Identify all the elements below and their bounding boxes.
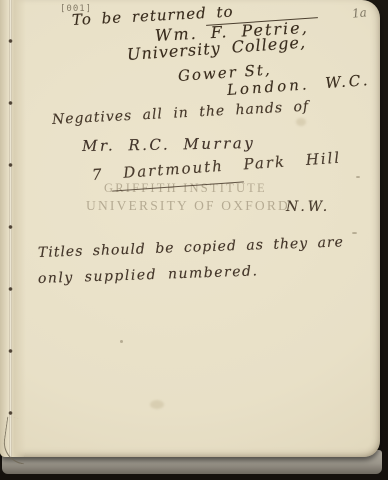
page-number: 1a — [351, 5, 367, 20]
notebook-page: [001] 1a GRIFFITH INSTITUTE UNIVERSITY O… — [0, 0, 380, 457]
paper-stain — [150, 400, 164, 409]
ink-speck — [352, 232, 357, 234]
paper-stain — [296, 118, 306, 126]
handwriting-holder-district: N.W. — [286, 199, 330, 215]
ink-speck — [120, 340, 123, 343]
handwriting-negatives-holder: Mr. R.C. Murray — [82, 134, 256, 155]
watermark-line-2: UNIVERSITY OF OXFORD — [86, 198, 290, 214]
ink-speck — [356, 176, 360, 178]
binding-shade — [0, 0, 26, 457]
handwriting-negatives-note: Negatives all in the hands of — [52, 99, 310, 128]
scanned-notebook-photo: [001] 1a GRIFFITH INSTITUTE UNIVERSITY O… — [0, 0, 388, 480]
handwriting-titles-note-line2: only supplied numbered. — [38, 263, 259, 287]
handwriting-titles-note-line1: Titles should be copied as they are — [38, 234, 344, 261]
binding-stitches — [8, 10, 13, 450]
